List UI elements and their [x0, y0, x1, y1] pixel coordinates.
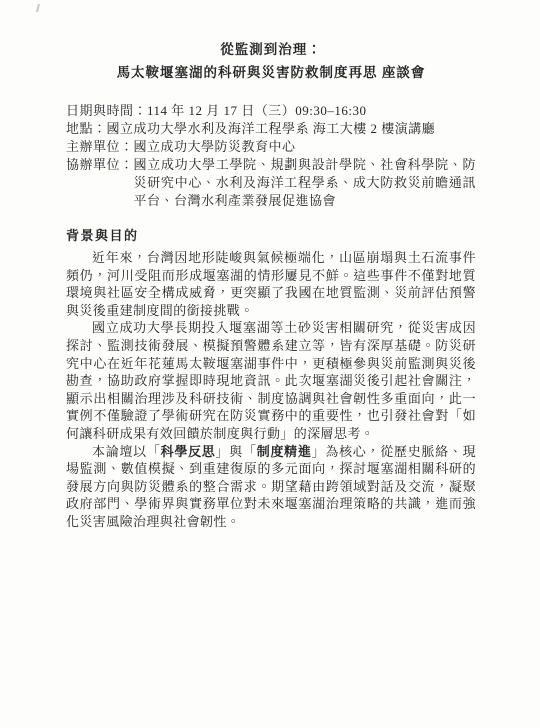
meta-row-coorganizer: 協辦單位： 國立成功大學工學院、規劃與設計學院、社會科學院、防災研究中心、水利及… — [66, 156, 476, 210]
forum-text-seg1: 本論壇以「 — [92, 444, 161, 459]
meta-row-organizer: 主辦單位： 國立成功大學防災教育中心 — [66, 138, 476, 156]
document-page: 從監測到治理： 馬太鞍堰塞湖的科研與災害防救制度再思 座談會 日期與時間： 11… — [0, 0, 540, 728]
meta-label-coorganizer: 協辦單位： — [66, 156, 134, 210]
scan-artifact — [36, 4, 40, 12]
document-title: 從監測到治理： 馬太鞍堰塞湖的科研與災害防救制度再思 座談會 — [66, 38, 476, 84]
meta-row-location: 地點： 國立成功大學水利及海洋工程學系 海工大樓 2 樓演講廳 — [66, 120, 476, 138]
meta-label-location: 地點： — [66, 120, 107, 138]
paragraph-forum-purpose: 本論壇以「科學反思」與「制度精進」為核心，從歷史脈絡、現場監測、數值模擬、到重建… — [66, 443, 476, 531]
paragraph-background-2: 國立成功大學長期投入堰塞湖等土砂災害相關研究，從災害成因探討、監測技術發展、模擬… — [66, 319, 476, 442]
paragraph-background-1: 近年來，台灣因地形陡峻與氣候極端化，山區崩塌與土石流事件頻仍，河川受阻而形成堰塞… — [66, 249, 476, 319]
meta-row-datetime: 日期與時間： 114 年 12 月 17 日（三）09:30–16:30 — [66, 102, 476, 120]
meta-label-datetime: 日期與時間： — [66, 102, 147, 120]
meta-label-organizer: 主辦單位： — [66, 138, 134, 156]
section-heading-background: 背景與目的 — [66, 227, 476, 245]
title-line-2: 馬太鞍堰塞湖的科研與災害防救制度再思 座談會 — [66, 61, 476, 84]
meta-value-coorganizer: 國立成功大學工學院、規劃與設計學院、社會科學院、防災研究中心、水利及海洋工程學系… — [134, 156, 476, 210]
title-line-1: 從監測到治理： — [66, 38, 476, 61]
event-details: 日期與時間： 114 年 12 月 17 日（三）09:30–16:30 地點：… — [66, 102, 476, 210]
meta-value-organizer: 國立成功大學防災教育中心 — [134, 138, 476, 156]
forum-keyword-science-reflection: 科學反思 — [161, 444, 216, 459]
meta-value-datetime: 114 年 12 月 17 日（三）09:30–16:30 — [147, 102, 476, 120]
forum-text-seg2: 」與「 — [216, 444, 257, 459]
meta-value-location: 國立成功大學水利及海洋工程學系 海工大樓 2 樓演講廳 — [107, 120, 476, 138]
forum-keyword-institutional-improvement: 制度精進 — [257, 444, 312, 459]
